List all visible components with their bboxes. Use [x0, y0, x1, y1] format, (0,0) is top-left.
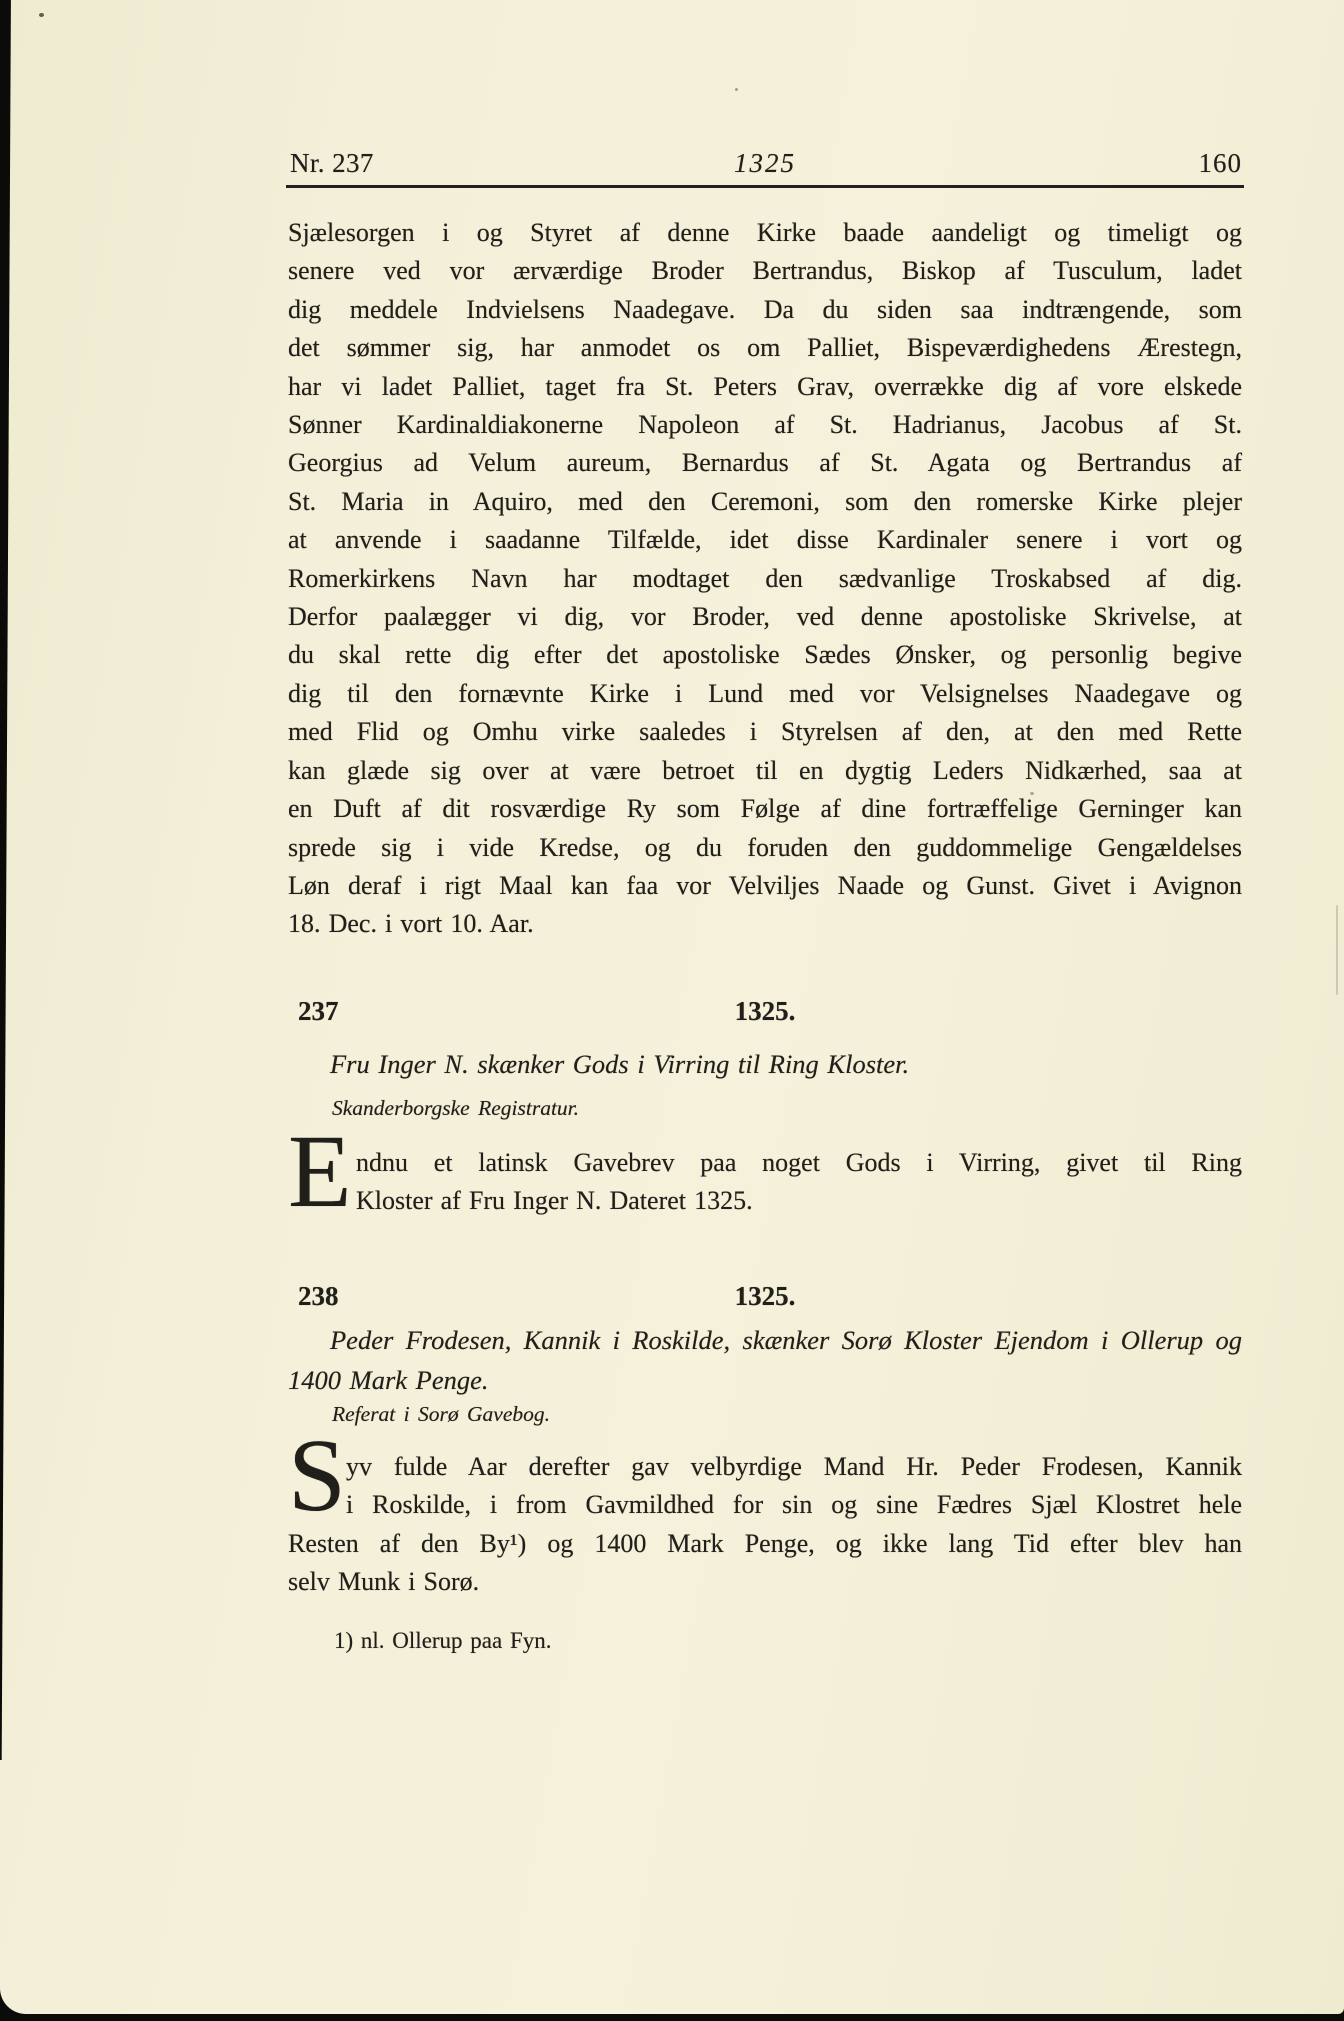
text-line: Fru Inger N. skænker Gods i Virring til …: [288, 1044, 1242, 1084]
text-line: med Flid og Omhu virke saaledes i Styrel…: [288, 713, 1242, 751]
text-line: det sømmer sig, har anmodet os om Pallie…: [288, 329, 1242, 367]
text-line: Løn deraf i rigt Maal kan faa vor Velvil…: [288, 867, 1242, 905]
entry-237-title: Fru Inger N. skænker Gods i Virring til …: [288, 1044, 1242, 1084]
text-line: yv fulde Aar derefter gav velbyrdige Man…: [288, 1448, 1242, 1486]
entry-number: 238: [298, 1281, 339, 1312]
entry-year: 1325.: [735, 1281, 796, 1312]
text-line: Kloster af Fru Inger N. Dateret 1325.: [288, 1182, 1242, 1220]
text-line: kan glæde sig over at være betroet til e…: [288, 752, 1242, 790]
text-line: Sjælesorgen i og Styret af denne Kirke b…: [288, 214, 1242, 252]
text-line: Resten af den By¹) og 1400 Mark Penge, o…: [288, 1525, 1242, 1563]
text-line: 18. Dec. i vort 10. Aar.: [288, 905, 1242, 943]
scan-speck: [735, 88, 738, 91]
running-head: Nr. 237 1325 160: [288, 148, 1242, 182]
scanned-book-page: Nr. 237 1325 160 Sjælesorgen i og Styret…: [0, 0, 1344, 2021]
entry-237-body-lines: ndnu et latinsk Gavebrev paa noget Gods …: [288, 1144, 1242, 1221]
footnote: 1) nl. Ollerup paa Fyn.: [288, 1628, 1242, 1654]
text-line: senere ved vor ærværdige Broder Bertrand…: [288, 252, 1242, 290]
running-head-year: 1325: [288, 148, 1242, 179]
text-line: en Duft af dit rosværdige Ry som Følge a…: [288, 790, 1242, 828]
text-line: i Roskilde, i from Gavmildhed for sin og…: [288, 1486, 1242, 1524]
text-line: at anvende i saadanne Tilfælde, idet dis…: [288, 521, 1242, 559]
drop-cap-initial: E: [288, 1144, 345, 1220]
text-line: har vi ladet Palliet, taget fra St. Pete…: [288, 368, 1242, 406]
entry-year: 1325.: [735, 996, 796, 1027]
scan-speck: [39, 13, 44, 17]
entry-238-body: S yv fulde Aar derefter gav velbyrdige M…: [288, 1448, 1242, 1602]
text-line: Sønner Kardinaldiakonerne Napoleon af St…: [288, 406, 1242, 444]
entry-237-body: E ndnu et latinsk Gavebrev paa noget God…: [288, 1144, 1242, 1221]
entry-237-source: Skanderborgske Registratur.: [332, 1096, 1286, 1121]
text-line: Georgius ad Velum aureum, Bernardus af S…: [288, 444, 1242, 482]
entry-238-body-lines: yv fulde Aar derefter gav velbyrdige Man…: [288, 1448, 1242, 1602]
entry-238-title: Peder Frodesen, Kannik i Roskilde, skænk…: [288, 1320, 1242, 1400]
entry-237-heading: 237 1325.: [288, 996, 1242, 1030]
letter-text: Sjælesorgen i og Styret af denne Kirke b…: [288, 214, 1242, 944]
text-line: 1400 Mark Penge.: [288, 1360, 1242, 1400]
entry-238-source: Referat i Sorø Gavebog.: [332, 1402, 1286, 1427]
text-line: Derfor paalægger vi dig, vor Broder, ved…: [288, 598, 1242, 636]
entry-238-heading: 238 1325.: [288, 1281, 1242, 1315]
text-line: sprede sig i vide Kredse, og du foruden …: [288, 829, 1242, 867]
page-number: 160: [1199, 148, 1243, 179]
text-line: Romerkirkens Navn har modtaget den sædva…: [288, 560, 1242, 598]
entry-number: 237: [298, 996, 339, 1027]
text-line: selv Munk i Sorø.: [288, 1563, 1242, 1601]
scan-streak: [1336, 905, 1338, 995]
text-line: St. Maria in Aquiro, med den Ceremoni, s…: [288, 483, 1242, 521]
header-rule: [286, 185, 1244, 188]
text-line: dig til den fornævnte Kirke i Lund med v…: [288, 675, 1242, 713]
drop-cap-initial: S: [288, 1448, 335, 1524]
text-line: Peder Frodesen, Kannik i Roskilde, skænk…: [288, 1320, 1242, 1360]
text-line: dig meddele Indvielsens Naadegave. Da du…: [288, 291, 1242, 329]
text-line: ndnu et latinsk Gavebrev paa noget Gods …: [288, 1144, 1242, 1182]
footnote-text: 1) nl. Ollerup paa Fyn.: [334, 1628, 1242, 1654]
text-line: du skal rette dig efter det apostoliske …: [288, 636, 1242, 674]
